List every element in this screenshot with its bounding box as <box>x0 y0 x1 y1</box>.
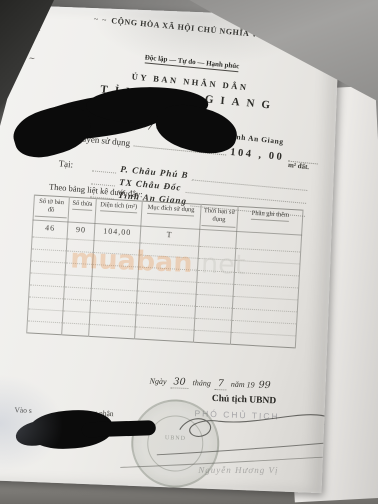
column-header: Phần ghi thêm <box>237 206 303 234</box>
table-cell <box>199 229 238 248</box>
column-header: Mục đích sử dụng <box>140 201 200 229</box>
issue-date-line: Ngày 30 tháng 7 năm 19 99 <box>149 370 271 393</box>
column-header: Thời hạn sử dụng <box>200 204 239 231</box>
stray-pen-mark: ‸‸ <box>33 22 43 31</box>
date-word-month: tháng <box>192 378 211 388</box>
national-motto-line1: ~ ~CỘNG HÒA XÃ HỘI CHỦ NGHĨA VIỆT NAM <box>67 12 323 45</box>
table-body: 4690104,00T <box>27 220 302 348</box>
handwritten-day: 30 <box>170 376 189 389</box>
table-cell: 46 <box>32 220 68 239</box>
table-cell: 90 <box>67 222 95 240</box>
photo-of-land-certificate: ‸‸ ∼∼ ~ ~CỘNG HÒA XÃ HỘI CHỦ NGHĨA VIỆT … <box>0 0 378 504</box>
column-header: Diện tích (m²) <box>95 199 142 226</box>
stray-pen-mark: ∼∼ <box>20 53 38 63</box>
handwritten-month: 7 <box>215 378 227 390</box>
redaction-blob-bottom <box>82 420 156 437</box>
date-word-year: năm 19 <box>231 380 255 390</box>
area-unit: m² đất. <box>288 161 310 171</box>
certificate-page: ‸‸ ∼∼ ~ ~CỘNG HÒA XÃ HỘI CHỦ NGHĨA VIỆT … <box>0 4 340 493</box>
national-motto-line2: Độc lập — Tự do — Hạnh phúc <box>144 53 239 72</box>
handwritten-year: 99 <box>258 380 271 391</box>
land-plot-table: Số tờ bản đồSố thửaDiện tích (m²)Mục đíc… <box>26 195 303 349</box>
column-header: Số tờ bản đồ <box>33 195 69 222</box>
column-header: Số thửa <box>68 197 96 223</box>
area-value: 104 , 00 <box>230 147 285 163</box>
seal-inner-ring <box>146 414 204 472</box>
header-prefix-marks: ~ ~ <box>93 14 107 24</box>
date-word-day: Ngày <box>149 376 166 386</box>
